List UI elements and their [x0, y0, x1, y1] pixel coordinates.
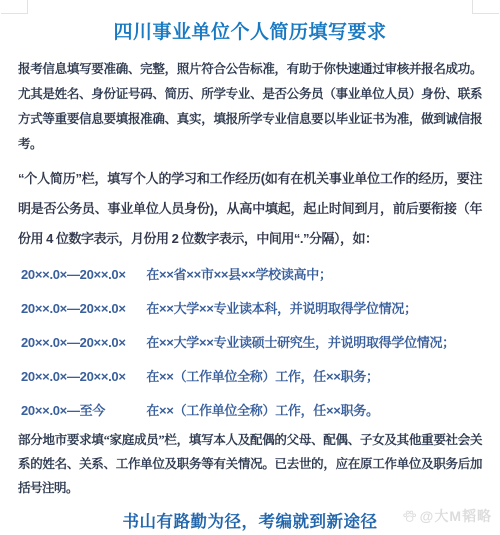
page-title: 四川事业单位个人简历填写要求 — [18, 20, 482, 46]
example-description: 在××省××市××县××学校读高中； — [146, 267, 331, 282]
resume-example-line: 20××.0×—20××.0× 在××（工作单位全称）工作，任××职务； — [18, 360, 482, 394]
example-description: 在××（工作单位全称）工作，任××职务； — [146, 369, 378, 384]
resume-example-line: 20××.0×—至今 在××（工作单位全称）工作，任××职务。 — [18, 394, 482, 428]
intro-paragraph: 报考信息填写要准确、完整，照片符合公告标准，有助于你快速通过审核并报名成功。尤其… — [18, 57, 482, 157]
example-description: 在××大学××专业读本科，并说明取得学位情况； — [146, 301, 416, 316]
resume-example-line: 20××.0×—20××.0× 在××大学××专业读本科，并说明取得学位情况； — [18, 292, 482, 326]
watermark-handle: @大M韬略 — [420, 506, 492, 526]
example-description: 在××大学××专业读硕士研究生，并说明取得学位情况； — [146, 335, 455, 350]
watermark: @大M韬略 — [402, 506, 492, 526]
paw-icon — [402, 509, 417, 524]
resume-example-line: 20××.0×—20××.0× 在××大学××专业读硕士研究生，并说明取得学位情… — [18, 326, 482, 360]
example-period: 20××.0×—至今 — [21, 394, 143, 428]
resume-guide-paragraph: “个人简历”栏，填写个人的学习和工作经历(如有在机关事业单位工作的经历，要注明是… — [18, 164, 482, 254]
resume-example-line: 20××.0×—20××.0× 在××省××市××县××学校读高中； — [18, 258, 482, 292]
example-period: 20××.0×—20××.0× — [21, 326, 143, 360]
resume-examples-list: 20××.0×—20××.0× 在××省××市××县××学校读高中； 20××.… — [18, 258, 482, 428]
document-page: 四川事业单位个人简历填写要求 报考信息填写要准确、完整，照片符合公告标准，有助于… — [0, 0, 500, 535]
example-period: 20××.0×—20××.0× — [21, 258, 143, 292]
page-margin-corner-mark-right — [472, 0, 499, 14]
example-description: 在××（工作单位全称）工作，任××职务。 — [146, 403, 378, 418]
example-period: 20××.0×—20××.0× — [21, 292, 143, 326]
example-period: 20××.0×—20××.0× — [21, 360, 143, 394]
family-note-paragraph: 部分地市要求填“家庭成员”栏，填写本人及配偶的父母、配偶、子女及其他重要社会关系… — [18, 428, 482, 500]
page-margin-corner-mark-left — [1, 0, 28, 14]
